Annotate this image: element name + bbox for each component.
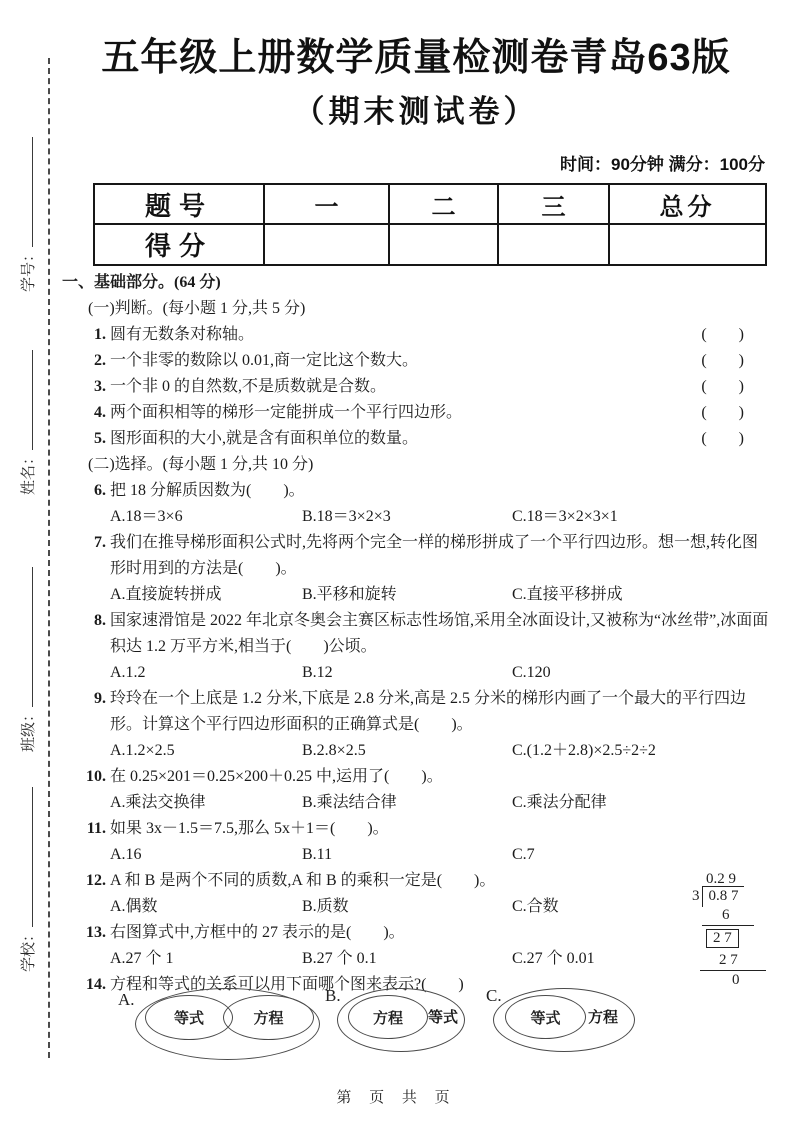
question-7-options: A.直接旋转拼成 B.平移和旋转 C.直接平移拼成 [62,582,770,608]
question-text: 如果 3x－1.5＝7.5,那么 5x＋1＝( )。 [110,820,389,837]
option-b: B.平移和旋转 [302,582,512,608]
question-text: 在 0.25×201＝0.25×200＋0.25 中,运用了( )。 [110,768,443,785]
option-a: A.18＝3×6 [110,504,302,530]
question-number: 2. [62,348,106,374]
student-name-blank-line [16,350,33,450]
venn-a-inner-right-ellipse: 方程 [223,995,314,1040]
student-id-label: 学号： [21,247,37,292]
question-number: 13. [62,920,106,946]
score-table-cell-3: 三 [498,184,609,224]
class-blank-line [16,567,33,707]
venn-c-outer-text: 方程 [588,1006,618,1027]
question-text: 国家速滑馆是 2022 年北京冬奥会主赛区标志性场馆,采用全冰面设计,又被称为“… [110,612,768,655]
score-cell-empty [389,224,498,265]
venn-option-c-label: C. [486,986,502,1006]
venn-option-a-label: A. [118,990,135,1010]
score-table-cell-total: 总分 [609,184,766,224]
answer-paren: ( ) [701,322,744,348]
question-2: 2.一个非零的数除以 0.01,商一定比这个数大。( ) [62,348,770,374]
venn-a-inner-left-ellipse: 等式 [145,995,233,1040]
question-13: 13.右图算式中,方框中的 27 表示的是( )。 [62,920,770,946]
option-b: B.27 个 0.1 [302,946,512,972]
score-table-cell-2: 二 [389,184,498,224]
question-number: 1. [62,322,106,348]
question-12-options: A.偶数 B.质数 C.合数 [62,894,770,920]
venn-b-inner-ellipse: 方程 [348,995,428,1039]
question-number: 8. [62,608,106,634]
option-a: A.偶数 [110,894,302,920]
student-name-field: 姓名： [16,323,38,495]
option-a: A.1.2×2.5 [110,738,302,764]
venn-option-b-label: B. [325,986,341,1006]
cut-line [48,58,50,1058]
question-text: 一个非零的数除以 0.01,商一定比这个数大。 [110,352,418,369]
question-text: 把 18 分解质因数为( )。 [110,482,305,499]
score-cell-empty [264,224,389,265]
time-score-info: 时间：90分钟 满分：100分 [62,150,765,175]
option-a: A.16 [110,842,302,868]
question-number: 6. [62,478,106,504]
question-text: 我们在推导梯形面积公式时,先将两个完全一样的梯形拼成了一个平行四边形。想一想,转… [110,534,758,577]
exam-title: 五年级上册数学质量检测卷青岛63版 [62,26,770,81]
option-b: B.12 [302,660,512,686]
question-9: 9.玲玲在一个上底是 1.2 分米,下底是 2.8 分米,高是 2.5 分米的梯… [62,686,770,738]
option-a: A.乘法交换律 [110,790,302,816]
score-table-header-row: 题号 一 二 三 总分 [94,184,766,224]
student-id-field: 学号： [16,122,38,292]
student-id-blank-line [16,137,33,247]
question-text: 一个非 0 的自然数,不是质数就是合数。 [110,378,386,395]
question-12: 12.A 和 B 是两个不同的质数,A 和 B 的乘积一定是( )。 [62,868,770,894]
option-c: C.乘法分配律 [512,790,770,816]
division-quotient: 0.2 9 [706,871,784,887]
question-number: 4. [62,400,106,426]
division-dividend: 0.8 7 [702,886,744,907]
question-8-options: A.1.2 B.12 C.120 [62,660,770,686]
score-table-cell-1: 一 [264,184,389,224]
choice-section-heading: (二)选择。(每小题 1 分,共 10 分) [62,452,770,478]
exam-subtitle: （期末测试卷） [62,86,770,131]
question-4: 4.两个面积相等的梯形一定能拼成一个平行四边形。( ) [62,400,770,426]
student-name-label: 姓名： [21,450,37,495]
question-number: 12. [62,868,106,894]
questions-area: 一、基础部分。(64 分) (一)判断。(每小题 1 分,共 5 分) 1.圆有… [62,270,770,998]
venn-b-outer-text: 等式 [428,1006,458,1027]
question-number: 9. [62,686,106,712]
option-b: B.2.8×2.5 [302,738,512,764]
option-b: B.乘法结合律 [302,790,512,816]
division-rule-line [700,970,766,971]
question-number: 11. [62,816,106,842]
option-a: A.直接旋转拼成 [110,582,302,608]
question-text: 玲玲在一个上底是 1.2 分米,下底是 2.8 分米,高是 2.5 分米的梯形内… [110,690,746,733]
question-6: 6.把 18 分解质因数为( )。 [62,478,770,504]
class-label: 班级： [21,707,37,752]
option-b: B.11 [302,842,512,868]
exam-page: 学号： 姓名： 班级： 学校： 五年级上册数学质量检测卷青岛63版 （期末测试卷… [0,0,793,1122]
option-b: B.质数 [302,894,512,920]
score-table-score-row: 得分 [94,224,766,265]
question-3: 3.一个非 0 的自然数,不是质数就是合数。( ) [62,374,770,400]
score-table: 题号 一 二 三 总分 得分 [93,183,767,266]
question-text: 图形面积的大小,就是含有面积单位的数量。 [110,430,418,447]
score-table-cell-defen: 得分 [94,224,264,265]
division-divisor: 3 [692,888,702,904]
division-rule-line [702,925,754,926]
question-number: 10. [62,764,106,790]
school-blank-line [16,787,33,927]
option-c: C.18＝3×2×3×1 [512,504,770,530]
question-10: 10.在 0.25×201＝0.25×200＋0.25 中,运用了( )。 [62,764,770,790]
part1-heading: 一、基础部分。(64 分) [62,270,770,296]
division-step-1: 6 [722,907,784,923]
division-boxed-row: 2 7 [706,929,784,948]
score-table-cell-timu: 题号 [94,184,264,224]
school-field: 学校： [16,777,38,972]
page-footer: 第 页 共 页 [0,1086,793,1107]
question-13-options: A.27 个 1 B.27 个 0.1 C.27 个 0.01 [62,946,770,972]
option-b: B.18＝3×2×3 [302,504,512,530]
long-division-figure: 0.2 9 30.8 7 6 2 7 2 7 0 [672,871,784,988]
venn-c-inner-ellipse: 等式 [505,995,586,1039]
option-c: C.(1.2＋2.8)×2.5÷2÷2 [512,738,770,764]
question-10-options: A.乘法交换律 B.乘法结合律 C.乘法分配律 [62,790,770,816]
class-field: 班级： [16,562,38,752]
answer-paren: ( ) [701,348,744,374]
question-11: 11.如果 3x－1.5＝7.5,那么 5x＋1＝( )。 [62,816,770,842]
question-7: 7.我们在推导梯形面积公式时,先将两个完全一样的梯形拼成了一个平行四边形。想一想… [62,530,770,582]
score-cell-empty [498,224,609,265]
option-a: A.1.2 [110,660,302,686]
score-cell-empty [609,224,766,265]
question-number: 5. [62,426,106,452]
answer-paren: ( ) [701,426,744,452]
question-11-options: A.16 B.11 C.7 [62,842,770,868]
option-a: A.27 个 1 [110,946,302,972]
question-number: 3. [62,374,106,400]
question-number: 7. [62,530,106,556]
question-text: 右图算式中,方框中的 27 表示的是( )。 [110,924,405,941]
question-5: 5.图形面积的大小,就是含有面积单位的数量。( ) [62,426,770,452]
division-step-2: 2 7 [719,952,784,968]
division-boxed-27: 2 7 [706,929,739,948]
school-label: 学校： [21,927,37,972]
option-c: C.7 [512,842,770,868]
option-c: C.直接平移拼成 [512,582,770,608]
answer-paren: ( ) [701,374,744,400]
division-bracket: 30.8 7 [672,888,784,904]
option-c: C.120 [512,660,770,686]
judge-section-heading: (一)判断。(每小题 1 分,共 5 分) [62,296,770,322]
question-text: A 和 B 是两个不同的质数,A 和 B 的乘积一定是( )。 [110,872,495,889]
question-6-options: A.18＝3×6 B.18＝3×2×3 C.18＝3×2×3×1 [62,504,770,530]
question-8: 8.国家速滑馆是 2022 年北京冬奥会主赛区标志性场馆,采用全冰面设计,又被称… [62,608,770,660]
question-text: 两个面积相等的梯形一定能拼成一个平行四边形。 [110,404,462,421]
question-9-options: A.1.2×2.5 B.2.8×2.5 C.(1.2＋2.8)×2.5÷2÷2 [62,738,770,764]
venn-diagrams: A. 等式 方程 B. 方程 等式 C. 等式 方程 [62,982,770,1072]
answer-paren: ( ) [701,400,744,426]
question-text: 圆有无数条对称轴。 [110,326,254,343]
question-1: 1.圆有无数条对称轴。( ) [62,322,770,348]
